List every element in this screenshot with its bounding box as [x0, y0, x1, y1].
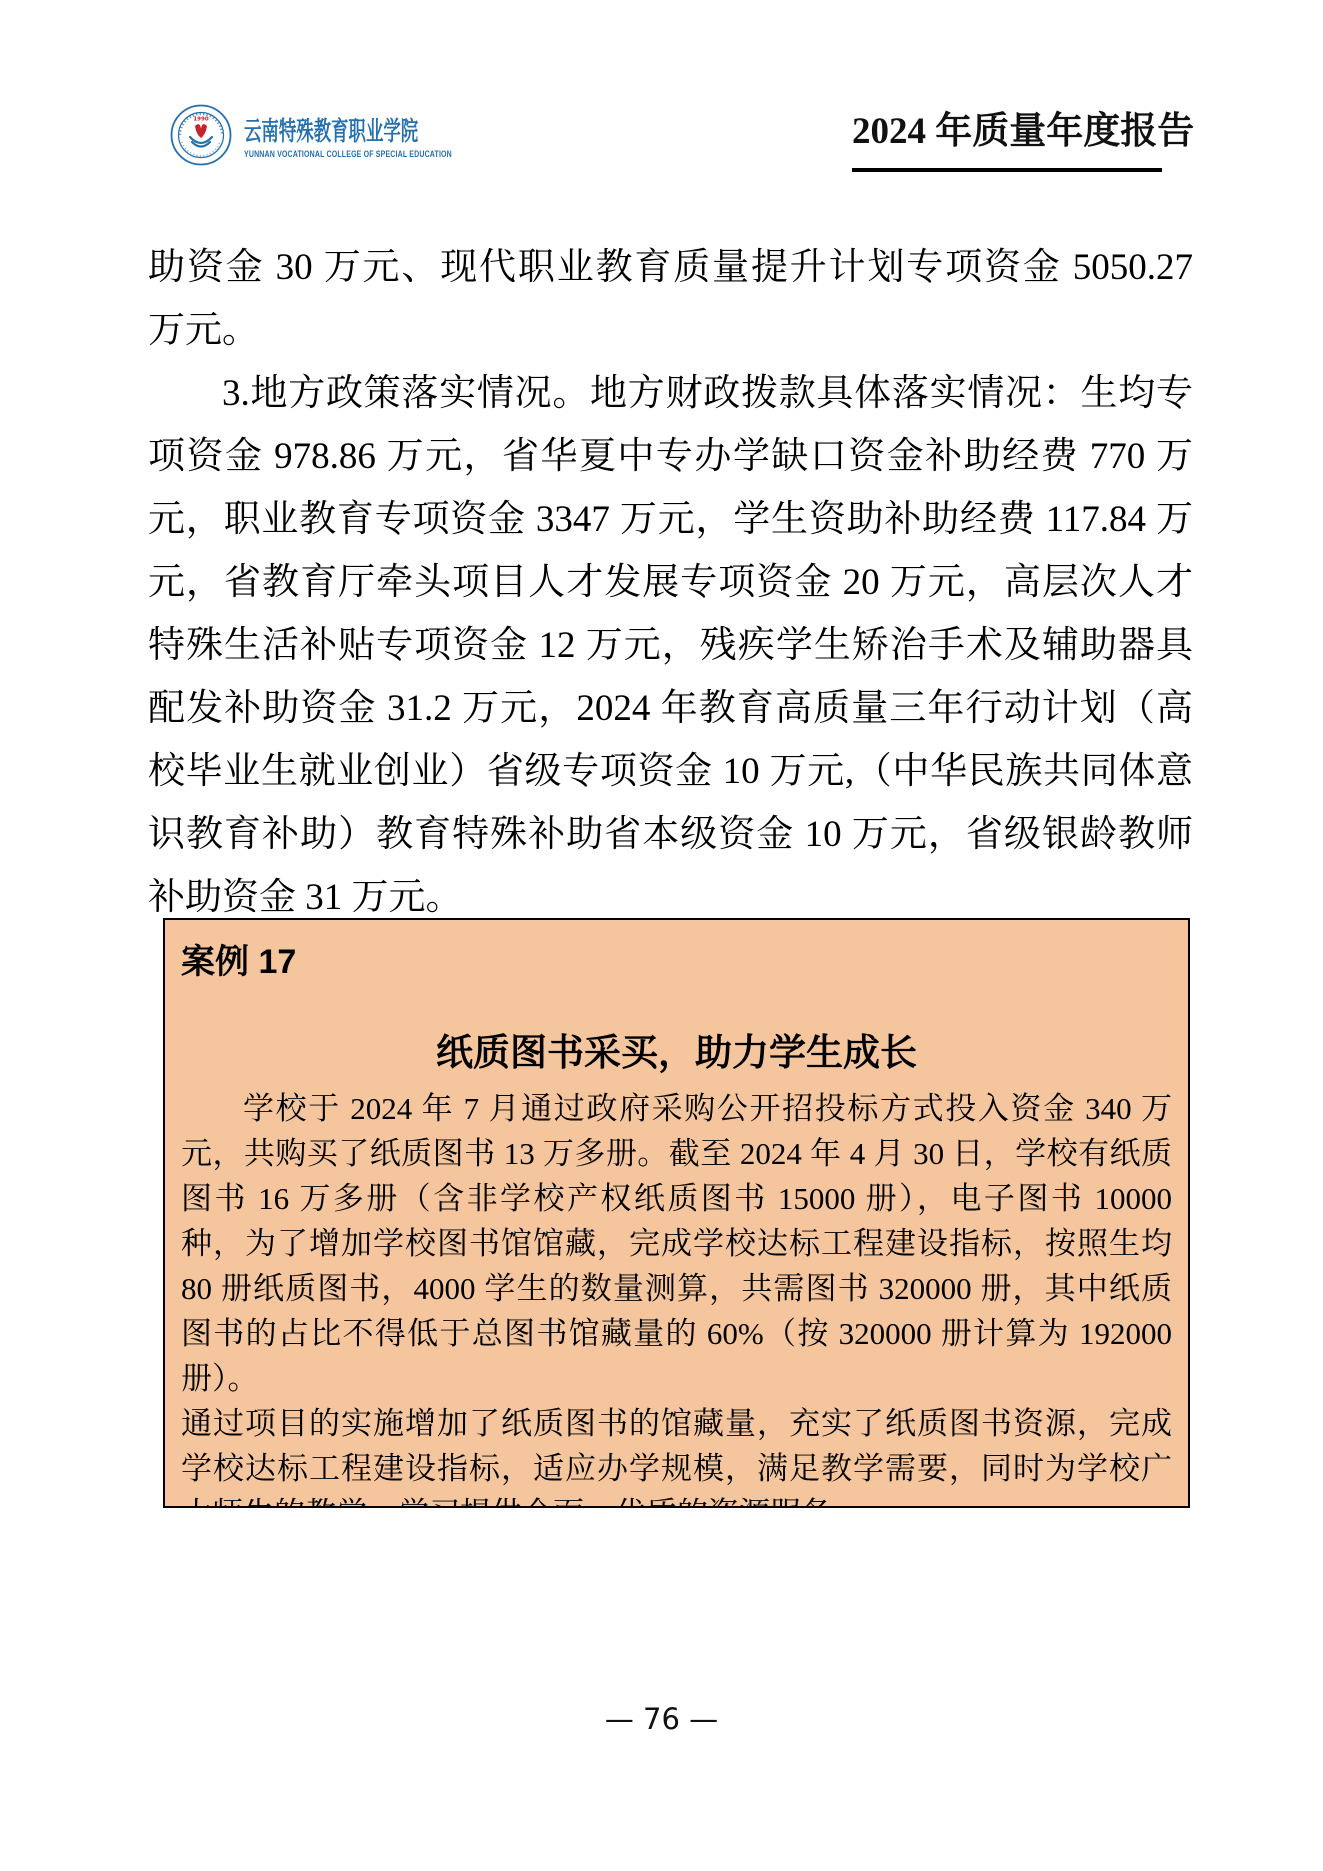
case-box: 案例 17 纸质图书采买，助力学生成长 学校于 2024 年 7 月通过政府采购… [163, 918, 1190, 1508]
college-name-en: YUNNAN VOCATIONAL COLLEGE OF SPECIAL EDU… [244, 149, 452, 159]
case-paragraph-1: 学校于 2024 年 7 月通过政府采购公开招投标方式投入资金 340 万元，共… [181, 1086, 1172, 1401]
case-paragraph-2: 通过项目的实施增加了纸质图书的馆藏量，充实了纸质图书资源，完成学校达标工程建设指… [181, 1401, 1172, 1508]
continuation-paragraph: 助资金 30 万元、现代职业教育质量提升计划专项资金 5050.27 万元。 [148, 236, 1193, 362]
college-logo: 1990 云南特殊教育职业学院 YUNNAN VOCATIONAL COLLEG… [170, 104, 511, 166]
document-page: 1990 云南特殊教育职业学院 YUNNAN VOCATIONAL COLLEG… [0, 0, 1323, 1871]
page-footer: — 76 — [0, 1702, 1323, 1736]
college-emblem-icon: 1990 [170, 104, 232, 166]
case-title: 纸质图书采买，助力学生成长 [181, 1032, 1172, 1076]
report-title-block: 2024 年质量年度报告 [852, 100, 1162, 172]
emblem-year: 1990 [193, 117, 208, 123]
page-number: — 76 — [605, 1702, 718, 1736]
report-title: 2024 年质量年度报告 [852, 111, 1194, 152]
policy-paragraph: 3.地方政策落实情况。地方财政拨款具体落实情况：生均专项资金 978.86 万元… [148, 362, 1193, 929]
college-logo-text: 云南特殊教育职业学院 YUNNAN VOCATIONAL COLLEGE OF … [244, 104, 511, 159]
case-label: 案例 17 [181, 942, 1172, 982]
college-name-cn: 云南特殊教育职业学院 [244, 118, 423, 146]
body-text: 助资金 30 万元、现代职业教育质量提升计划专项资金 5050.27 万元。 3… [148, 236, 1193, 929]
case-body: 学校于 2024 年 7 月通过政府采购公开招投标方式投入资金 340 万元，共… [181, 1086, 1172, 1508]
